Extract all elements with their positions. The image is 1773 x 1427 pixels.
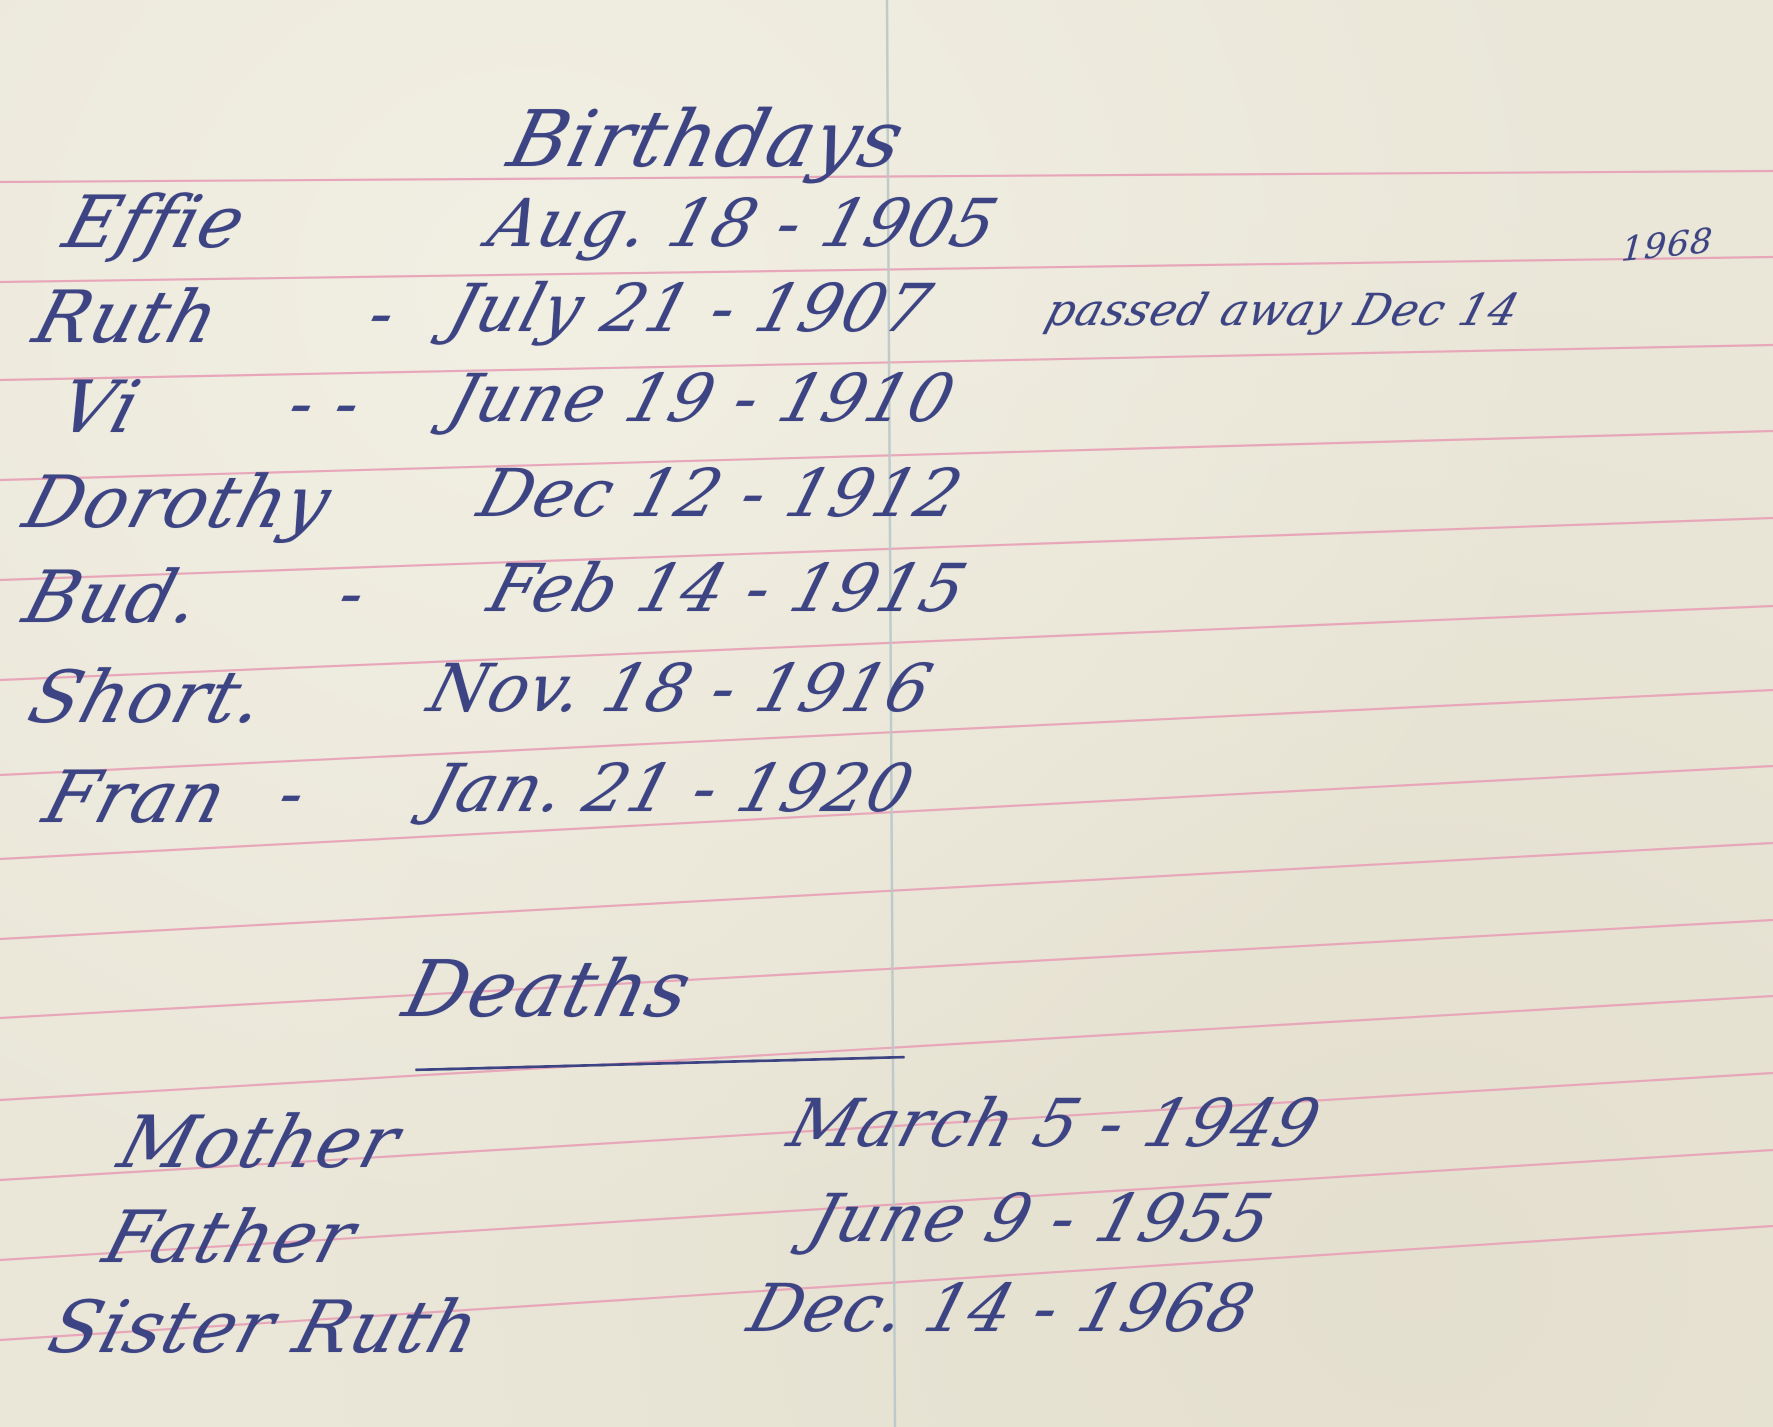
death-name: Sister Ruth	[40, 1285, 489, 1369]
birthdays-heading: Birthdays	[500, 95, 913, 185]
birthday-date: Jan. 21 - 1920	[420, 750, 923, 827]
birthday-name: Dorothy	[15, 460, 341, 544]
death-date: March 5 - 1949	[780, 1085, 1329, 1162]
deaths-heading: Deaths	[395, 945, 700, 1035]
birthday-name: Bud.	[15, 555, 211, 639]
birthday-date: July 21 - 1907	[440, 270, 941, 347]
birthday-date: Nov. 18 - 1916	[420, 650, 941, 727]
birthday-date: Aug. 18 - 1905	[480, 185, 1007, 262]
death-date: June 9 - 1955	[800, 1180, 1281, 1257]
death-name: Mother	[110, 1100, 409, 1184]
death-name: Father	[95, 1195, 365, 1279]
birthday-name: Short.	[20, 655, 275, 739]
birthday-date: June 19 - 1910	[440, 360, 964, 437]
birthday-date: Feb 14 - 1915	[480, 550, 976, 627]
death-date: Dec. 14 - 1968	[740, 1270, 1263, 1347]
birthday-note: passed away Dec 14	[1040, 285, 1525, 336]
birthday-name: Fran	[35, 755, 237, 839]
birthday-name: Effie	[55, 180, 256, 264]
birthday-date: Dec 12 - 1912	[470, 455, 971, 532]
birthday-name: Ruth	[25, 275, 229, 359]
